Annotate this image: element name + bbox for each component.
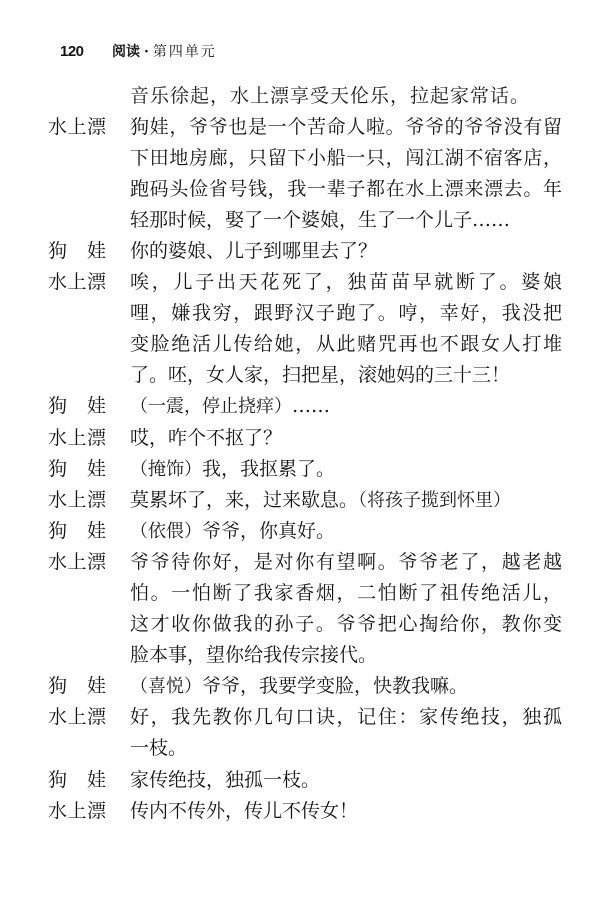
stage-direction-inline: （掩饰）: [130, 459, 202, 480]
speech-line: 你的婆娘、儿子到哪里去了？: [130, 236, 562, 267]
speech-line: 轻那时候，娶了一个婆娘，生了一个儿子……: [130, 205, 562, 236]
speech-content: 我，我抠累了。: [202, 458, 335, 480]
speech-line: 哩，嫌我穷，跟野汉子跑了。哼，幸好，我没把: [130, 298, 562, 329]
speaker-name: 水上漂: [48, 423, 106, 454]
speech-line: 了。呸，女人家，扫把星，滚她妈的三十三！: [130, 360, 562, 391]
stage-direction-inline: （依偎）: [130, 521, 202, 542]
speech-line: 这才收你做我的孙子。爷爷把心掏给你，教你变: [130, 609, 562, 640]
stage-direction-inline: （将孩子揽到怀里）: [358, 490, 511, 511]
speech-line: （掩饰）我，我抠累了。: [130, 454, 562, 485]
speech-line: 变脸绝活儿传给她，从此赌咒再也不跟女人打堆: [130, 329, 562, 360]
speech-line: 狗娃，爷爷也是一个苦命人啦。爷爷的爷爷没有留: [130, 112, 562, 143]
stage-direction-inline: （喜悦）: [130, 676, 202, 697]
speech-line: 下田地房廊，只留下小船一只，闯江湖不宿客店，: [130, 143, 562, 174]
speech-line: 家传绝技，独孤一枝。: [130, 765, 562, 796]
speech-text: 你的婆娘、儿子到哪里去了？: [130, 236, 562, 267]
dialogue-entry: 狗娃 （掩饰）我，我抠累了。: [48, 454, 562, 485]
stage-direction-text: 音乐徐起，水上漂享受天伦乐，拉起家常话。: [130, 81, 562, 112]
speech-text: 狗娃，爷爷也是一个苦命人啦。爷爷的爷爷没有留 下田地房廊，只留下小船一只，闯江湖…: [130, 112, 562, 236]
speech-line: 唉，儿子出天花死了，独苗苗早就断了。婆娘: [130, 267, 562, 298]
speaker-name: 狗娃: [48, 454, 106, 485]
dialogue-entry: 狗娃 你的婆娘、儿子到哪里去了？: [48, 236, 562, 267]
speech-text: 家传绝技，独孤一枝。: [130, 765, 562, 796]
speaker-name: 水上漂: [48, 112, 106, 143]
dialogue-entry: 水上漂 狗娃，爷爷也是一个苦命人啦。爷爷的爷爷没有留 下田地房廊，只留下小船一只…: [48, 112, 562, 236]
stage-direction: 音乐徐起，水上漂享受天伦乐，拉起家常话。: [48, 81, 562, 112]
speech-line: 哎，咋个不抠了？: [130, 423, 562, 454]
speaker-name: 水上漂: [48, 702, 106, 733]
speech-text: 好，我先教你几句口诀，记住：家传绝技，独孤 一枝。: [130, 702, 562, 764]
speech-content: 爷爷，我要学变脸，快教我嘛。: [202, 675, 468, 697]
dialogue-entry: 水上漂 爷爷待你好，是对你有望啊。爷爷老了，越老越 怕。一怕断了我家香烟，二怕断…: [48, 547, 562, 671]
speaker-name: 水上漂: [48, 267, 106, 298]
page-number: 120: [60, 44, 112, 60]
speech-text: （掩饰）我，我抠累了。: [130, 454, 562, 485]
speech-content: 莫累坏了，来，过来歇息。: [130, 489, 358, 511]
speaker-name: 狗娃: [48, 516, 106, 547]
speech-line: 好，我先教你几句口诀，记住：家传绝技，独孤: [130, 702, 562, 733]
running-header: 120阅读·第四单元: [60, 43, 217, 59]
textbook-page: 120阅读·第四单元 音乐徐起，水上漂享受天伦乐，拉起家常话。 水上漂 狗娃，爷…: [0, 0, 600, 897]
speaker-name: 狗娃: [48, 391, 106, 422]
speech-text: （一震，停止挠痒）……: [130, 391, 562, 422]
speaker-name: 狗娃: [48, 236, 106, 267]
speech-line: 莫累坏了，来，过来歇息。（将孩子揽到怀里）: [130, 485, 562, 516]
dialogue-entry: 水上漂 唉，儿子出天花死了，独苗苗早就断了。婆娘 哩，嫌我穷，跟野汉子跑了。哼，…: [48, 267, 562, 391]
speaker-name: 狗娃: [48, 671, 106, 702]
speech-text: 莫累坏了，来，过来歇息。（将孩子揽到怀里）: [130, 485, 562, 516]
speech-line: （一震，停止挠痒）……: [130, 391, 562, 422]
dialogue-entry: 狗娃 （喜悦）爷爷，我要学变脸，快教我嘛。: [48, 671, 562, 702]
speech-line: 传内不传外，传儿不传女！: [130, 796, 562, 827]
speech-line: 爷爷待你好，是对你有望啊。爷爷老了，越老越: [130, 547, 562, 578]
section-title: 阅读: [112, 43, 140, 59]
speech-content: 爷爷，你真好。: [202, 520, 335, 542]
speech-text: 爷爷待你好，是对你有望啊。爷爷老了，越老越 怕。一怕断了我家香烟，二怕断了祖传绝…: [130, 547, 562, 671]
speech-text: 哎，咋个不抠了？: [130, 423, 562, 454]
separator-dot: ·: [144, 44, 149, 60]
speech-line: 脸本事，望你给我传宗接代。: [130, 640, 562, 671]
unit-title: 第四单元: [153, 44, 217, 60]
dialogue-entry: 水上漂 莫累坏了，来，过来歇息。（将孩子揽到怀里）: [48, 485, 562, 516]
speaker-name: 水上漂: [48, 485, 106, 516]
speech-line: （依偎）爷爷，你真好。: [130, 516, 562, 547]
speaker-name: 狗娃: [48, 765, 106, 796]
dialogue-entry: 狗娃 家传绝技，独孤一枝。: [48, 765, 562, 796]
dialogue-entry: 狗娃 （一震，停止挠痒）……: [48, 391, 562, 422]
speech-line: 一枝。: [130, 733, 562, 764]
stage-direction-inline: （一震，停止挠痒）: [130, 396, 292, 417]
speech-line: 跑码头俭省号钱，我一辈子都在水上漂来漂去。年: [130, 174, 562, 205]
speaker-empty: [48, 81, 106, 112]
speech-line: 怕。一怕断了我家香烟，二怕断了祖传绝活儿，: [130, 578, 562, 609]
dialogue-entry: 水上漂 好，我先教你几句口诀，记住：家传绝技，独孤 一枝。: [48, 702, 562, 764]
speaker-name: 水上漂: [48, 796, 106, 827]
dialogue-entry: 狗娃 （依偎）爷爷，你真好。: [48, 516, 562, 547]
script-body: 音乐徐起，水上漂享受天伦乐，拉起家常话。 水上漂 狗娃，爷爷也是一个苦命人啦。爷…: [48, 81, 562, 827]
speech-content: ……: [292, 395, 330, 417]
dialogue-entry: 水上漂 传内不传外，传儿不传女！: [48, 796, 562, 827]
dialogue-entry: 水上漂 哎，咋个不抠了？: [48, 423, 562, 454]
speech-text: 传内不传外，传儿不传女！: [130, 796, 562, 827]
speech-text: （喜悦）爷爷，我要学变脸，快教我嘛。: [130, 671, 562, 702]
speaker-name: 水上漂: [48, 547, 106, 578]
speech-line: （喜悦）爷爷，我要学变脸，快教我嘛。: [130, 671, 562, 702]
speech-text: 唉，儿子出天花死了，独苗苗早就断了。婆娘 哩，嫌我穷，跟野汉子跑了。哼，幸好，我…: [130, 267, 562, 391]
speech-text: （依偎）爷爷，你真好。: [130, 516, 562, 547]
